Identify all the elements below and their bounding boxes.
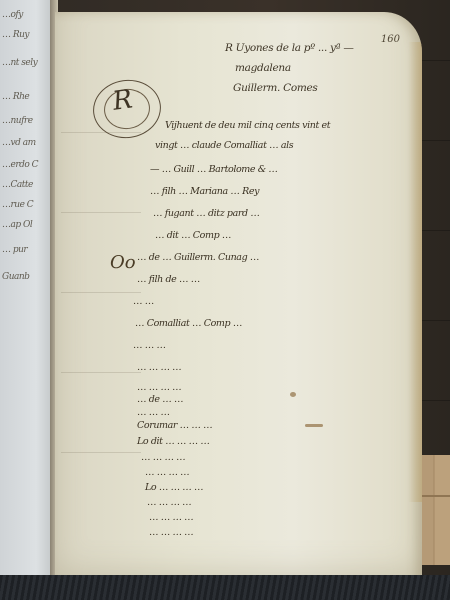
text-line: … Comalliat … Comp …: [135, 318, 242, 329]
text-line: Lo … … … …: [145, 482, 203, 493]
bleed-through: [61, 372, 141, 373]
text-line: … … … …: [149, 512, 193, 523]
left-page-text: … Ruy: [2, 30, 29, 40]
text-line: … … … …: [147, 497, 191, 508]
left-page-text: … Rhe: [2, 92, 29, 102]
ink-stain: [305, 424, 323, 427]
text-line: … … … …: [137, 362, 181, 373]
text-line: … de … …: [137, 394, 183, 405]
text-line: … dit … Comp …: [155, 230, 231, 241]
text-line: … filh de … …: [137, 274, 200, 285]
text-line: … fugant … ditz pard …: [153, 208, 259, 219]
text-line: … de … Guillerm. Cunag …: [137, 252, 259, 263]
left-page-text: …ap Ol: [2, 220, 32, 230]
heading-line: magdalena: [235, 62, 291, 74]
parquet-floor: [418, 455, 450, 565]
text-line: … … …: [137, 407, 170, 418]
paragraph-mark: Oo: [110, 252, 136, 273]
heading-line: Guillerm. Comes: [233, 82, 318, 94]
left-page-text: … pur: [2, 245, 27, 255]
text-line: … filh … Mariana … Rey: [150, 186, 259, 197]
bleed-through: [61, 292, 141, 293]
left-page-text: …Catte: [2, 180, 33, 190]
initial-letter: R: [111, 84, 135, 116]
left-page: …ofy … Ruy …nt sely … Rhe …nufre …vd am …: [0, 0, 52, 600]
manuscript-page: 160 R Uyones de la pº ... yª — magdalena…: [55, 12, 422, 592]
text-line: vingt … claude Comalliat … als: [155, 140, 293, 151]
left-page-text: Guanb: [2, 272, 29, 282]
text-line: … … … …: [137, 382, 181, 393]
left-page-text: …ofy: [2, 10, 23, 20]
text-line: … … … …: [145, 467, 189, 478]
bleed-through: [61, 452, 141, 453]
folio-number: 160: [381, 34, 400, 45]
text-line: … … … …: [141, 452, 185, 463]
bleed-through: [61, 212, 141, 213]
heading-line: R Uyones de la pº ... yª —: [225, 42, 354, 54]
left-page-text: …vd am: [2, 138, 36, 148]
text-line: Corumar … … …: [137, 420, 212, 431]
text-line: … … …: [133, 340, 166, 351]
cloth-underlay: [0, 575, 450, 600]
left-page-text: …nt sely: [2, 58, 37, 68]
left-page-text: …erdo C: [2, 160, 38, 170]
text-line: … … … …: [149, 527, 193, 538]
text-line: … …: [133, 296, 154, 307]
ink-stain: [290, 392, 296, 397]
text-line: Vijhuent de deu mil cinq cents vint et: [165, 120, 330, 131]
text-line: — … Guill … Bartolome & …: [150, 164, 278, 175]
left-page-text: …rue C: [2, 200, 33, 210]
text-line: Lo dit … … … …: [137, 436, 209, 447]
left-page-text: …nufre: [2, 116, 33, 126]
